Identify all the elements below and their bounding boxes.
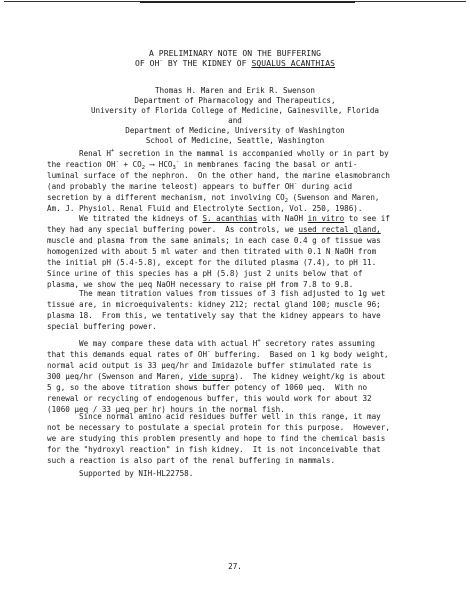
affiliation-1: Department of Pharmacology and Therapeut… <box>0 96 470 106</box>
paragraph-2: We titrated the kidneys of S. acanthias … <box>47 213 432 290</box>
affiliation-2: University of Florida College of Medicin… <box>0 106 470 116</box>
page-number: 27. <box>0 562 470 571</box>
title-line-1: A PRELIMINARY NOTE ON THE BUFFERING <box>0 49 470 59</box>
paragraph-1: Renal H+ secretion in the mammal is acco… <box>47 148 432 214</box>
paragraph-4: We may compare these data with actual H+… <box>47 338 432 415</box>
paragraph-5: Since normal amino acid residues buffer … <box>47 411 432 466</box>
paragraph-3: The mean titration values from tissues o… <box>47 288 432 332</box>
species-name: SQUALUS ACANTHIAS <box>251 59 335 68</box>
author-names: Thomas H. Maren and Erik R. Swenson <box>0 86 470 96</box>
affiliation-3: Department of Medicine, University of Wa… <box>0 126 470 136</box>
acknowledgement: Supported by NIH-HL22758. <box>47 468 432 479</box>
affiliation-4: School of Medicine, Seattle, Washington <box>0 136 470 146</box>
authors-block: Thomas H. Maren and Erik R. Swenson Depa… <box>0 86 470 146</box>
title-line-2: OF OH- BY THE KIDNEY OF SQUALUS ACANTHIA… <box>0 59 470 69</box>
affiliation-and: and <box>0 116 470 126</box>
paper-title: A PRELIMINARY NOTE ON THE BUFFERING OF O… <box>0 49 470 69</box>
document-page: A PRELIMINARY NOTE ON THE BUFFERING OF O… <box>0 0 470 600</box>
